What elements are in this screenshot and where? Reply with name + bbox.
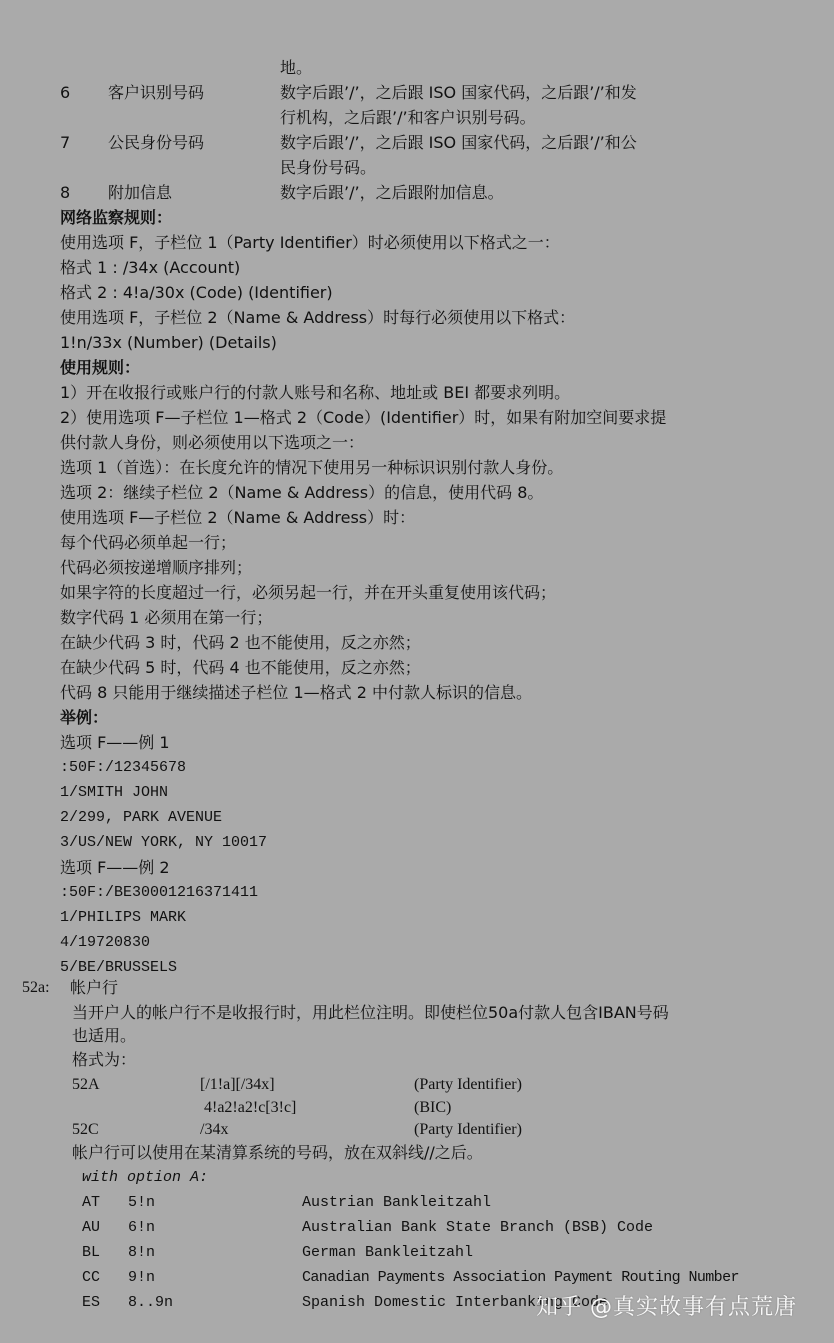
field-description: 当开户人的帐户行不是收报行时，用此栏位注明。即使栏位50a付款人包含IBAN号码: [72, 1000, 669, 1025]
usage-rule-line: 使用选项 F—子栏位 2（Name & Address）时：: [60, 505, 415, 530]
network-rule-line: 使用选项 F，子栏位 1（Party Identifier）时必须使用以下格式之…: [60, 230, 560, 255]
usage-rule-line: 数字代码 1 必须用在第一行；: [60, 605, 272, 630]
clearing-code: AU: [82, 1215, 100, 1240]
field-tag: 52a:: [22, 975, 50, 1000]
clearing-code-name: Austrian Bankleitzahl: [302, 1190, 491, 1215]
usage-rule-line: 在缺少代码 3 时，代码 2 也不能使用，反之亦然；: [60, 630, 421, 655]
example-title: 选项 F——例 2: [60, 855, 170, 880]
code-table-tail-text: 地。: [280, 55, 312, 80]
code-row-code: 7: [60, 130, 70, 155]
code-row-desc: 民身份号码。: [280, 155, 376, 180]
option-a-label: with option A:: [82, 1165, 208, 1190]
field-description: 也适用。: [72, 1023, 136, 1048]
format-option: 52A: [72, 1072, 100, 1097]
example-line: 4/19720830: [60, 930, 150, 955]
network-rule-line: 格式 1 : /34x (Account): [60, 255, 240, 280]
example-line: 1/SMITH JOHN: [60, 780, 168, 805]
code-row-name: 公民身份号码: [108, 130, 204, 155]
example-line: :50F:/12345678: [60, 755, 186, 780]
format-pattern: [/1!a][/34x]: [200, 1072, 275, 1097]
clearing-code-name: German Bankleitzahl: [302, 1240, 473, 1265]
code-row-code: 8: [60, 180, 70, 205]
code-row-name: 客户识别号码: [108, 80, 204, 105]
code-row-name: 附加信息: [108, 180, 172, 205]
usage-rule-line: 选项 1（首选）：在长度允许的情况下使用另一种标识识别付款人身份。: [60, 455, 563, 480]
clearing-code: BL: [82, 1240, 100, 1265]
usage-rule-line: 代码必须按递增顺序排列；: [60, 555, 252, 580]
format-meaning: (Party Identifier): [414, 1117, 522, 1142]
format-label: 格式为：: [72, 1047, 136, 1072]
clearing-code-format: 8!n: [128, 1240, 155, 1265]
code-row-desc: 数字后跟’/’，之后跟 ISO 国家代码，之后跟’/’和发: [280, 80, 637, 105]
examples-heading: 举例：: [60, 705, 108, 730]
field-title: 帐户行: [70, 975, 118, 1000]
clearing-code-format: 5!n: [128, 1190, 155, 1215]
code-row-code: 6: [60, 80, 70, 105]
clearing-code: AT: [82, 1190, 100, 1215]
code-row-desc: 数字后跟’/’，之后跟 ISO 国家代码，之后跟’/’和公: [280, 130, 637, 155]
usage-rule-line: 2）使用选项 F—子栏位 1—格式 2（Code）(Identifier）时，如…: [60, 405, 666, 430]
network-rule-line: 1!n/33x (Number) (Details): [60, 330, 277, 355]
network-rule-line: 使用选项 F，子栏位 2（Name & Address）时每行必须使用以下格式：: [60, 305, 575, 330]
usage-rule-line: 供付款人身份，则必须使用以下选项之一：: [60, 430, 364, 455]
network-rules-heading: 网络监察规则：: [60, 205, 172, 230]
network-rule-line: 格式 2 : 4!a/30x (Code) (Identifier): [60, 280, 333, 305]
example-line: 2/299, PARK AVENUE: [60, 805, 222, 830]
format-meaning: (Party Identifier): [414, 1072, 522, 1097]
example-title: 选项 F——例 1: [60, 730, 170, 755]
example-line: 1/PHILIPS MARK: [60, 905, 186, 930]
format-pattern: /34x: [200, 1117, 228, 1142]
usage-rule-line: 如果字符的长度超过一行，必须另起一行，并在开头重复使用该代码；: [60, 580, 556, 605]
usage-rule-line: 选项 2：继续子栏位 2（Name & Address）的信息，使用代码 8。: [60, 480, 543, 505]
usage-rule-line: 在缺少代码 5 时，代码 4 也不能使用，反之亦然；: [60, 655, 421, 680]
clearing-code-format: 8..9n: [128, 1290, 173, 1315]
example-line: :50F:/BE30001216371411: [60, 880, 258, 905]
clearing-code: ES: [82, 1290, 100, 1315]
clearing-code-format: 9!n: [128, 1265, 155, 1290]
clearing-code-name: Canadian Payments Association Payment Ro…: [302, 1265, 739, 1290]
usage-rule-line: 1）开在收报行或账户行的付款人账号和名称、地址或 BEI 都要求列明。: [60, 380, 570, 405]
clearing-note: 帐户行可以使用在某清算系统的号码，放在双斜线//之后。: [72, 1140, 483, 1165]
watermark: 知乎 @真实故事有点荒唐: [536, 1290, 797, 1321]
code-row-desc: 数字后跟’/’，之后跟附加信息。: [280, 180, 504, 205]
example-line: 3/US/NEW YORK, NY 10017: [60, 830, 267, 855]
usage-rule-line: 每个代码必须单起一行；: [60, 530, 236, 555]
clearing-code-format: 6!n: [128, 1215, 155, 1240]
usage-rule-line: 代码 8 只能用于继续描述子栏位 1—格式 2 中付款人标识的信息。: [60, 680, 532, 705]
clearing-code-name: Australian Bank State Branch (BSB) Code: [302, 1215, 653, 1240]
code-row-desc: 行机构，之后跟’/’和客户识别号码。: [280, 105, 536, 130]
clearing-code: CC: [82, 1265, 100, 1290]
format-option: 52C: [72, 1117, 99, 1142]
usage-rules-heading: 使用规则：: [60, 355, 140, 380]
